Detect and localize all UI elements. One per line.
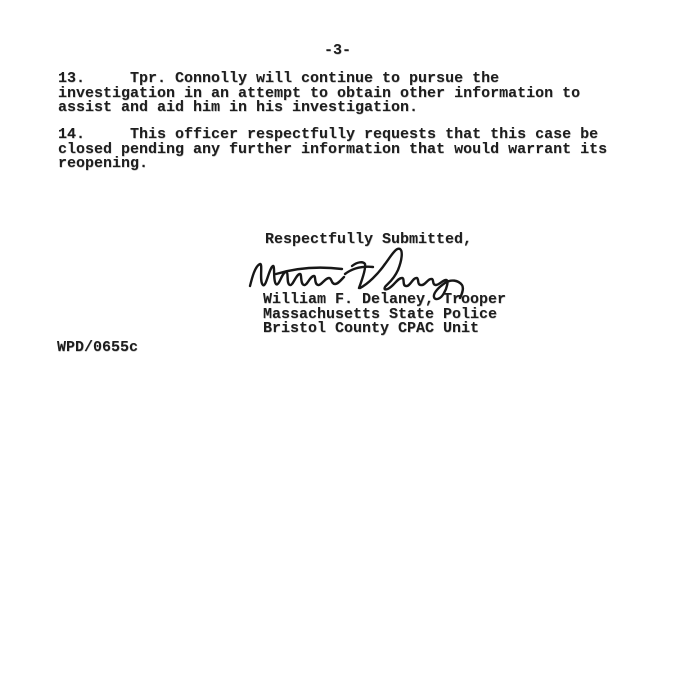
page-number: -3- bbox=[0, 44, 675, 59]
scanned-document-page: -3- 13. Tpr. Connolly will continue to p… bbox=[0, 0, 675, 680]
paragraph-14: 14. This officer respectfully requests t… bbox=[58, 128, 607, 172]
closing-salutation: Respectfully Submitted, bbox=[265, 233, 472, 248]
paragraph-13: 13. Tpr. Connolly will continue to pursu… bbox=[58, 72, 580, 116]
signature-typed-block: William F. Delaney, Trooper Massachusett… bbox=[263, 293, 506, 337]
reference-code: WPD/0655c bbox=[57, 341, 138, 356]
